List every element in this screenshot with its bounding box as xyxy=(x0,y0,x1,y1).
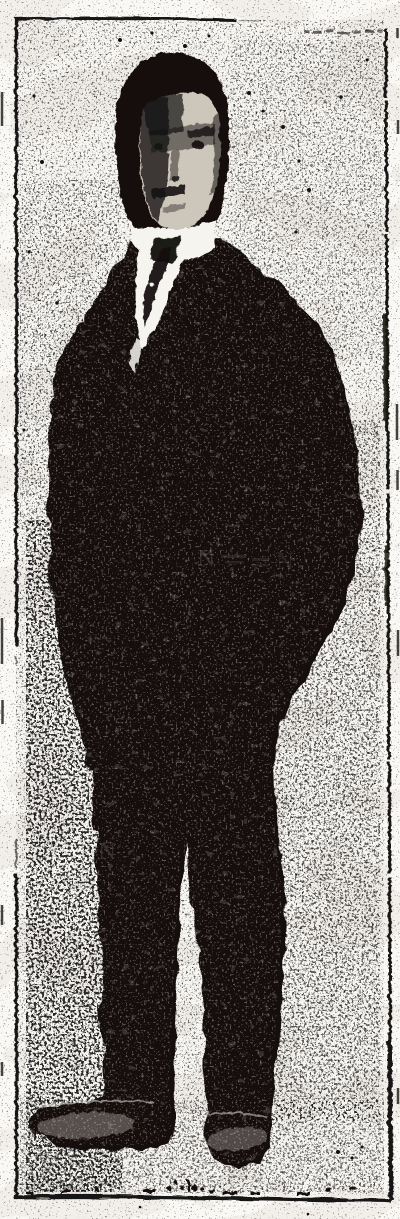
right-eye xyxy=(191,139,203,147)
watermark-letter: N xyxy=(197,546,214,572)
head xyxy=(114,52,228,248)
halftone-photograph: N N N xyxy=(0,0,400,1219)
newspaper-clipping: N N N xyxy=(0,0,400,1219)
nostril-shadow xyxy=(170,174,178,180)
tie-pin xyxy=(148,281,152,285)
watermark-letter: N xyxy=(98,839,115,865)
left-eye xyxy=(152,142,163,150)
watermark-letter: N xyxy=(276,549,293,575)
